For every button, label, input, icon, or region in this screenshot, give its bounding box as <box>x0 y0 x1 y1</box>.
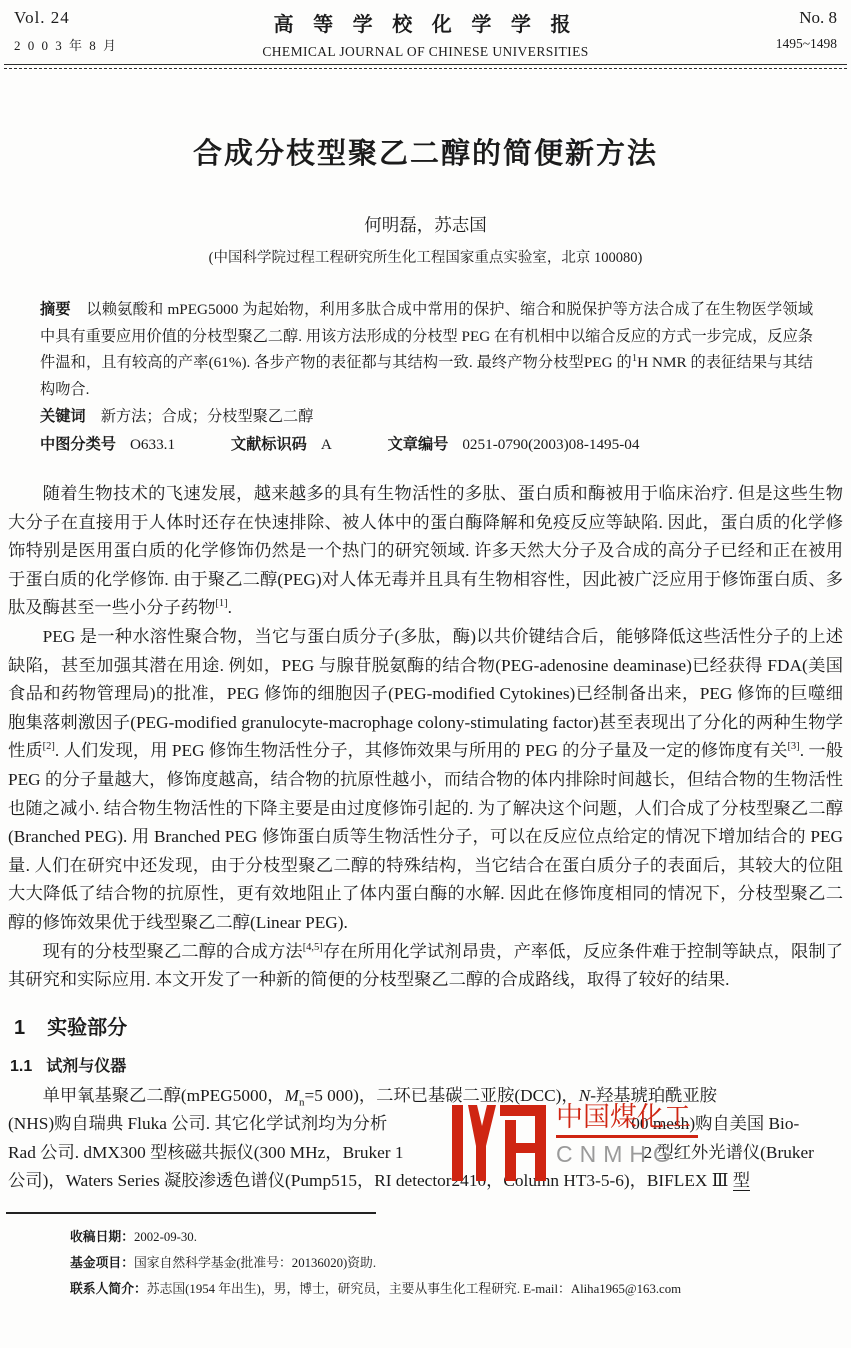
footnote-block: 收稿日期：2002-09-30. 基金项目：国家自然科学基金(批准号：20136… <box>70 1224 843 1302</box>
section-heading-1: 1实验部分 <box>14 1011 843 1040</box>
paragraph-2-text-2: . 人们发现，用 PEG 修饰生物活性分子，其修饰效果与所用的 PEG 的分子量… <box>55 741 788 760</box>
journal-page: Vol. 24 2 0 0 3 年 8 月 高 等 学 校 化 学 学 报 CH… <box>0 0 851 1348</box>
article-authors: 何明磊，苏志国 <box>0 212 851 237</box>
watermark-underline <box>556 1135 698 1138</box>
journal-title-cn: 高 等 学 校 化 学 学 报 <box>184 8 667 37</box>
article-body: 随着生物技术的飞速发展，越来越多的具有生物活性的多肽、蛋白质和酶被用于临床治疗.… <box>8 480 843 995</box>
subsection-title: 试剂与仪器 <box>46 1058 126 1075</box>
ref-2: [2] <box>43 742 55 753</box>
paragraph-3-text-1: 现有的分枝型聚乙二醇的合成方法 <box>43 942 303 961</box>
header-divider <box>4 64 847 69</box>
ref-4-5: [4,5] <box>303 942 323 953</box>
watermark-brand-cn: 中国煤化工 <box>556 1102 698 1132</box>
subsection-heading-1-1: 1.1试剂与仪器 <box>10 1053 843 1076</box>
keywords-label: 关键词 <box>40 408 86 425</box>
section-number: 1 <box>14 1017 25 1039</box>
reagents-l4b-underlined: 型 <box>733 1171 750 1191</box>
contact-value: 苏志国(1954 年出生)，男，博士，研究员，主要从事生化工程研究. E-mai… <box>147 1282 681 1296</box>
article-no-value: 0251-0790(2003)08-1495-04 <box>462 436 639 453</box>
abstract-label: 摘要 <box>40 301 71 318</box>
abstract-paragraph: 摘要 以赖氨酸和 mPEG5000 为起始物，利用多肽合成中常用的保护、缩合和脱… <box>40 297 813 403</box>
reagents-paragraph: 单甲氧基聚乙二醇(mPEG5000，Mn=5 000)，二环已基碳二亚胺(DCC… <box>8 1082 843 1196</box>
page-range: 1495~1498 <box>667 36 837 52</box>
volume-label: Vol. 24 <box>14 8 184 28</box>
fund-value: 国家自然科学基金(批准号：20136020)资助. <box>134 1256 376 1270</box>
watermark: 中国煤化工 CNMHG <box>452 1102 698 1184</box>
clc-value: O633.1 <box>130 436 175 453</box>
received-date-value: 2002-09-30. <box>134 1230 197 1244</box>
keywords-line: 关键词 新方法；合成；分枝型聚乙二醇 <box>40 404 813 431</box>
doc-code-group: 文献标识码A <box>231 436 332 453</box>
reagents-line-4: 公司)，Waters Series 凝胶渗透色谱仪(Pump515，RI det… <box>8 1167 843 1196</box>
abstract-block: 摘要 以赖氨酸和 mPEG5000 为起始物，利用多肽合成中常用的保护、缩合和脱… <box>40 297 813 458</box>
paragraph-2-text-3: . 一般 PEG 的分子量越大，修饰度越高，结合物的抗原性越小，而结合物的体内排… <box>8 741 843 932</box>
article-no-group: 文章编号0251-0790(2003)08-1495-04 <box>388 436 640 453</box>
journal-title-en: CHEMICAL JOURNAL OF CHINESE UNIVERSITIES <box>184 44 667 60</box>
issue-number: No. 8 <box>667 8 837 28</box>
paragraph-1-text: 随着生物技术的飞速发展，越来越多的具有生物活性的多肽、蛋白质和酶被用于临床治疗.… <box>8 484 843 617</box>
issue-date: 2 0 0 3 年 8 月 <box>14 35 184 54</box>
clc-group: 中图分类号O633.1 <box>40 436 175 453</box>
received-date-line: 收稿日期：2002-09-30. <box>70 1224 843 1250</box>
article-affiliation: (中国科学院过程工程研究所生化工程国家重点实验室，北京 100080) <box>0 246 851 267</box>
watermark-brand-code: CNMHG <box>556 1140 698 1169</box>
doc-code-label: 文献标识码 <box>231 436 307 453</box>
header-center: 高 等 学 校 化 学 学 报 CHEMICAL JOURNAL OF CHIN… <box>184 8 667 60</box>
fund-line: 基金项目：国家自然科学基金(批准号：20136020)资助. <box>70 1250 843 1276</box>
contact-line: 联系人简介：苏志国(1954 年出生)，男，博士，研究员，主要从事生化工程研究.… <box>70 1276 843 1302</box>
paragraph-3: 现有的分枝型聚乙二醇的合成方法[4,5]存在所用化学试剂昂贵，产率低，反应条件难… <box>8 938 843 995</box>
reagents-line-2: (NHS)购自瑞典 Fluka 公司. 其它化学试剂均为分析00 mesh)购自… <box>8 1110 843 1139</box>
reagents-line-1: 单甲氧基聚乙二醇(mPEG5000，Mn=5 000)，二环已基碳二亚胺(DCC… <box>8 1082 843 1111</box>
mn-symbol: M <box>285 1086 299 1105</box>
footnote-divider <box>6 1212 376 1214</box>
paragraph-2: PEG 是一种水溶性聚合物，当它与蛋白质分子(多肽，酶)以共价键结合后，能够降低… <box>8 623 843 938</box>
journal-header: Vol. 24 2 0 0 3 年 8 月 高 等 学 校 化 学 学 报 CH… <box>0 0 851 60</box>
ref-3: [3] <box>787 742 799 753</box>
section-title: 实验部分 <box>47 1017 127 1039</box>
received-date-label: 收稿日期： <box>70 1229 134 1244</box>
fund-label: 基金项目： <box>70 1255 134 1270</box>
article-title: 合成分枝型聚乙二醇的简便新方法 <box>0 131 851 172</box>
coal-chem-logo-icon <box>452 1102 546 1184</box>
keywords-text: 新方法；合成；分枝型聚乙二醇 <box>101 408 314 425</box>
subsection-number: 1.1 <box>10 1058 32 1075</box>
reagents-l1a: 单甲氧基聚乙二醇(mPEG5000， <box>43 1086 285 1105</box>
clc-label: 中图分类号 <box>40 436 116 453</box>
doc-code-value: A <box>321 436 332 453</box>
watermark-texts: 中国煤化工 CNMHG <box>556 1102 698 1169</box>
article-no-label: 文章编号 <box>388 436 449 453</box>
paragraph-1: 随着生物技术的飞速发展，越来越多的具有生物活性的多肽、蛋白质和酶被用于临床治疗.… <box>8 480 843 623</box>
contact-label: 联系人简介： <box>70 1281 147 1296</box>
meta-line: 中图分类号O633.1 文献标识码A 文章编号0251-0790(2003)08… <box>40 432 813 459</box>
ref-1: [1] <box>215 599 227 610</box>
reagents-l2a: (NHS)购自瑞典 Fluka 公司. 其它化学试剂均为分析 <box>8 1114 387 1133</box>
paragraph-1-tail: . <box>228 598 232 617</box>
header-right: No. 8 1495~1498 <box>667 8 837 52</box>
reagents-l3a: Rad 公司. dMX300 型核磁共振仪(300 MHz，Bruker 1 <box>8 1143 404 1162</box>
header-left: Vol. 24 2 0 0 3 年 8 月 <box>14 8 184 54</box>
reagents-line-3: Rad 公司. dMX300 型核磁共振仪(300 MHz，Bruker 12 … <box>8 1139 843 1168</box>
